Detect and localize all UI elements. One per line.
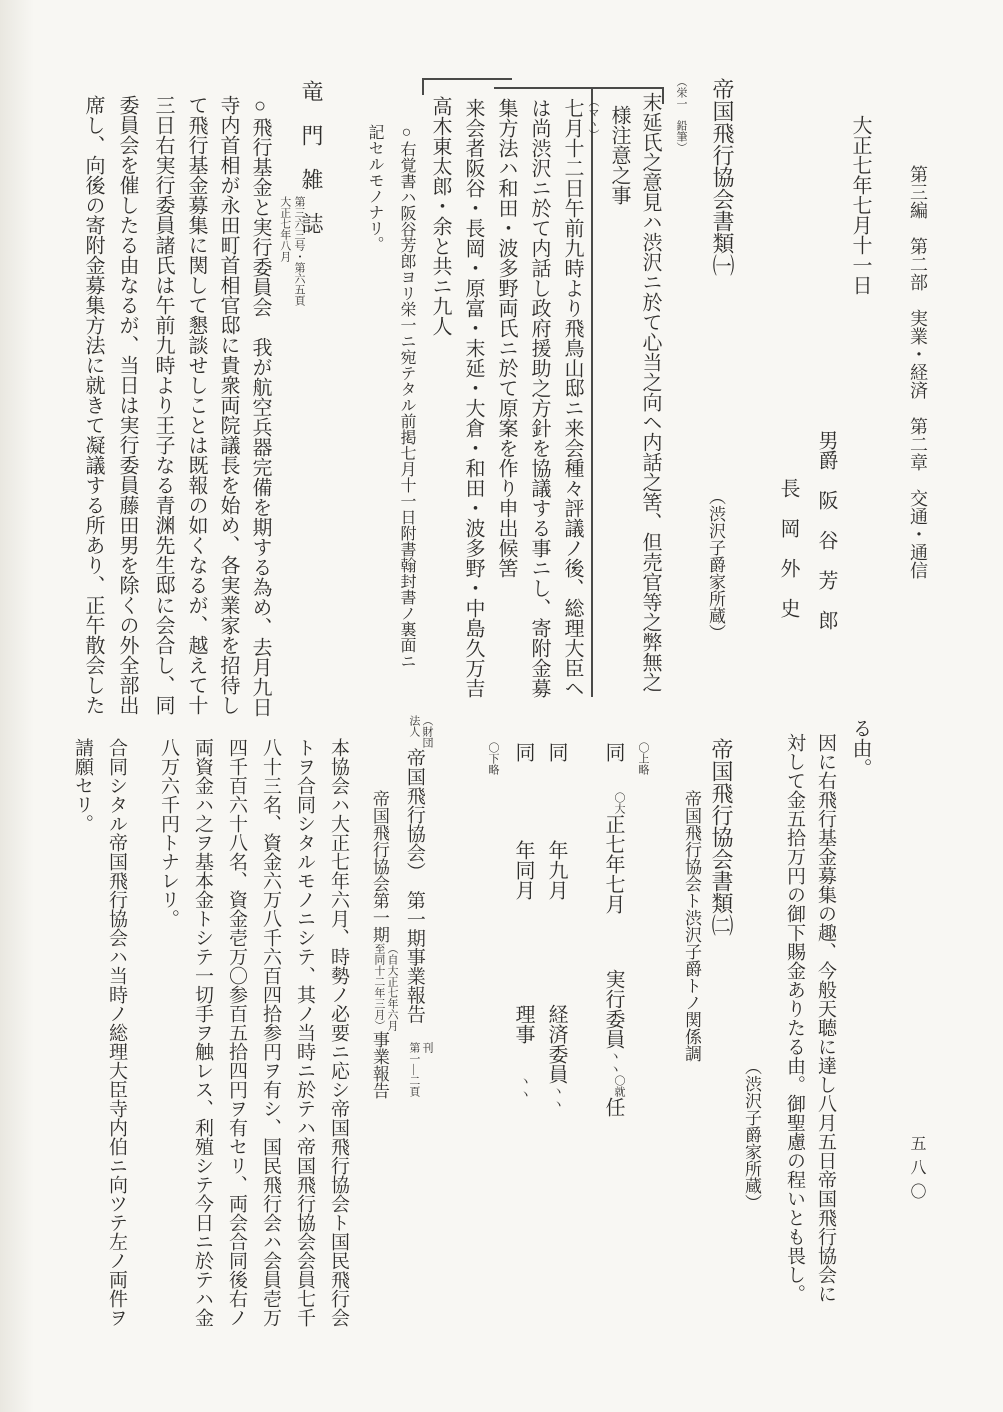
quote-divider-rule <box>591 87 593 697</box>
pencil-note: （栄一 鉛筆） <box>671 76 686 153</box>
running-head: 第三編 第二部 実業・経済 第二章 交通・通信 <box>905 165 927 579</box>
entry1-tail: 任 <box>602 1097 624 1117</box>
report-line-2: トヲ合同シタルモノニシテ、其ノ当時ニ於テハ帝国飛行協会会員七千 <box>291 738 314 1327</box>
article-line-4: 三日右実行委員諸氏は午前九時より王子なる青渊先生邸に会合し、同 <box>149 95 173 715</box>
article-line-2: 寺内首相が永田町首相官邸に貴衆両院議長を始め、各実業家を招待し <box>214 95 238 715</box>
memo-line-4: は尚渋沢ニ於て内話し政府援助之方針を協議する事ニし、寄附金募 <box>525 98 549 698</box>
relation-entry-2: 同年九月経済委員ヽヽ <box>542 742 566 1110</box>
memo-line-5: 集方法ハ和田・波多野両氏ニ於て原案を作り申出候筈 <box>492 98 516 578</box>
quote-bracket-line-a <box>494 87 664 89</box>
memo-line-7: 高木東太郎・余と共ニ九人 <box>426 96 450 336</box>
ryumon-ref: 第三六三号・第六五頁 大正七年八月 <box>276 196 306 306</box>
entry1-insert-mark-2: 〇就 <box>612 1075 624 1097</box>
report-line-7: 合同シタル帝国飛行協会ハ当時ノ総理大臣寺内伯ニ向ツテ左ノ両件ヲ <box>103 738 126 1327</box>
report-line-4: 四千百六十八名、資金壱万〇参百五拾四円ヲ有セリ、両会合同後右ノ <box>223 738 246 1327</box>
report-line-6: 八万六千円トナレリ。 <box>155 738 178 928</box>
omission-bottom-note: 〇下略 <box>483 742 498 775</box>
article-line-6: 席し、向後の寄附金募集方法に就きて凝議する所あり、正午散会した <box>79 95 103 715</box>
article-line-1: ○飛行基金と実行委員会 我が航空兵器完備を期する為め、去月九日 <box>246 95 270 717</box>
report-line-3: 八十三名、資金六万八千六百四拾参円ヲ有シ、国民飛行会ハ会員壱万 <box>257 738 280 1327</box>
relation-entry-3: 同年同月理事ヽヽ <box>509 742 533 1100</box>
omission-top-note: 〇上略 <box>633 742 648 775</box>
entry1-head: 同 <box>602 742 624 762</box>
report-subtitle-warichu: （自大正七年六月 至同十二年三月） <box>372 943 398 1031</box>
entry1-date: 正七年七月 <box>602 814 624 914</box>
entry2-ditto-mark: ヽヽ <box>551 1084 564 1110</box>
memo-line-6: 来会者阪谷・長岡・原富・末延・大倉・和田・波多野・中島久万吉 <box>459 98 483 698</box>
entry2-date: 年九月 <box>545 840 567 900</box>
report-subtitle-pre: 帝国飛行協会第一期 <box>370 790 389 943</box>
report-subtitle: 帝国飛行協会第一期（自大正七年六月 至同十二年三月）事業報告 <box>377 790 398 1099</box>
sic-mark: （マヽ） <box>583 96 598 140</box>
section1-title: 帝国飛行協会書類㈠ <box>707 78 733 276</box>
article-line-7: る由。 <box>846 718 870 778</box>
report-line-1: 本協会ハ大正七年六月、時勢ノ必要ニ応シ帝国飛行協会ト国民飛行会 <box>325 738 348 1327</box>
entry-date: 大正七年七月十一日 <box>846 115 870 295</box>
quote-bracket-line-b <box>422 78 512 80</box>
scanned-book-page: 第三編 第二部 実業・経済 第二章 交通・通信 大正七年七月十一日 男爵 阪 谷… <box>0 0 1003 1412</box>
memo-line-2: 様注意之事 <box>605 105 629 205</box>
attendee-name-2: 長 岡 外 史 <box>774 478 798 618</box>
editor-note-line-1: ○右覚書ハ阪谷芳郎ヨリ栄一ニ宛テタル前掲七月十一日附書翰封書ノ裏面ニ <box>394 124 414 669</box>
report-heading-main: 帝国飛行協会） 第一期事業報告 <box>404 748 425 1024</box>
report-line-5: 両資金ハ之ヲ基本金トシテ一切手ヲ触レス、利殖シテ今日ニ於テハ金 <box>189 738 212 1327</box>
report-heading-ref: 刊 第一―二頁 <box>407 1042 433 1097</box>
page-number: 五八〇 <box>904 1135 924 1207</box>
entry2-role: 経済委員 <box>545 1004 567 1084</box>
section1-source: （渋沢子爵家所蔵） <box>703 488 724 641</box>
section2-title: 帝国飛行協会書類㈡ <box>706 738 732 936</box>
entry1-ditto-mark: ヽヽ <box>608 1049 621 1075</box>
article-line-9: 対して金五拾万円の御下賜金ありたる由。御聖慮の程いとも畏し。 <box>781 733 804 1303</box>
entry3-ditto-mark: ヽヽ <box>518 1074 531 1100</box>
entry3-role: 理事 <box>512 1004 534 1044</box>
article-line-8: 因に右飛行基金募集の趣、今般天聴に達し八月五日帝国飛行協会に <box>812 733 835 1303</box>
entry3-date: 年同月 <box>512 840 534 900</box>
entry2-head: 同 <box>545 742 567 762</box>
article-line-5: 委員会を催したる由なるが、当日は実行委員藤田男を除くの外全部出 <box>113 95 137 715</box>
binding-shade <box>0 0 34 1412</box>
quote-bracket-tick-a <box>662 87 664 104</box>
section2-subtitle: 帝国飛行協会ト渋沢子爵トノ関係調 <box>679 790 700 1062</box>
relation-entry-1: 同〇大正七年七月実行委員ヽヽ〇就任 <box>599 742 623 1117</box>
report-heading-warichu: （財団 法人 <box>407 715 433 748</box>
memo-line-3: 七月十二日午前九時より飛鳥山邸ニ来会種々評議ノ後、総理大臣ヘ <box>558 98 582 698</box>
section2-source: （渋沢子爵家所蔵） <box>739 1058 760 1211</box>
article-line-3: て飛行基金募集に関して懇談せしことは既報の如くなるが、越えて十 <box>182 95 206 715</box>
entry1-role: 実行委員 <box>602 969 624 1049</box>
report-heading: （財団 法人帝国飛行協会） 第一期事業報告刊 第一―二頁 <box>410 715 433 1097</box>
entry1-insert-mark-1: 〇大 <box>612 792 624 814</box>
report-subtitle-post: 事業報告 <box>370 1031 389 1099</box>
attendee-name-1: 男爵 阪 谷 芳 郎 <box>812 430 836 630</box>
quote-bracket-tick-b <box>422 78 424 95</box>
report-line-8: 請願セリ。 <box>69 738 92 833</box>
editor-note-line-2: 記セルモノナリ。 <box>362 124 382 252</box>
memo-line-1: 末延氏之意見ハ渋沢ニ於て心当之向ヘ内話之筈、但売官等之弊無之 <box>636 92 660 692</box>
entry3-head: 同 <box>512 742 534 762</box>
